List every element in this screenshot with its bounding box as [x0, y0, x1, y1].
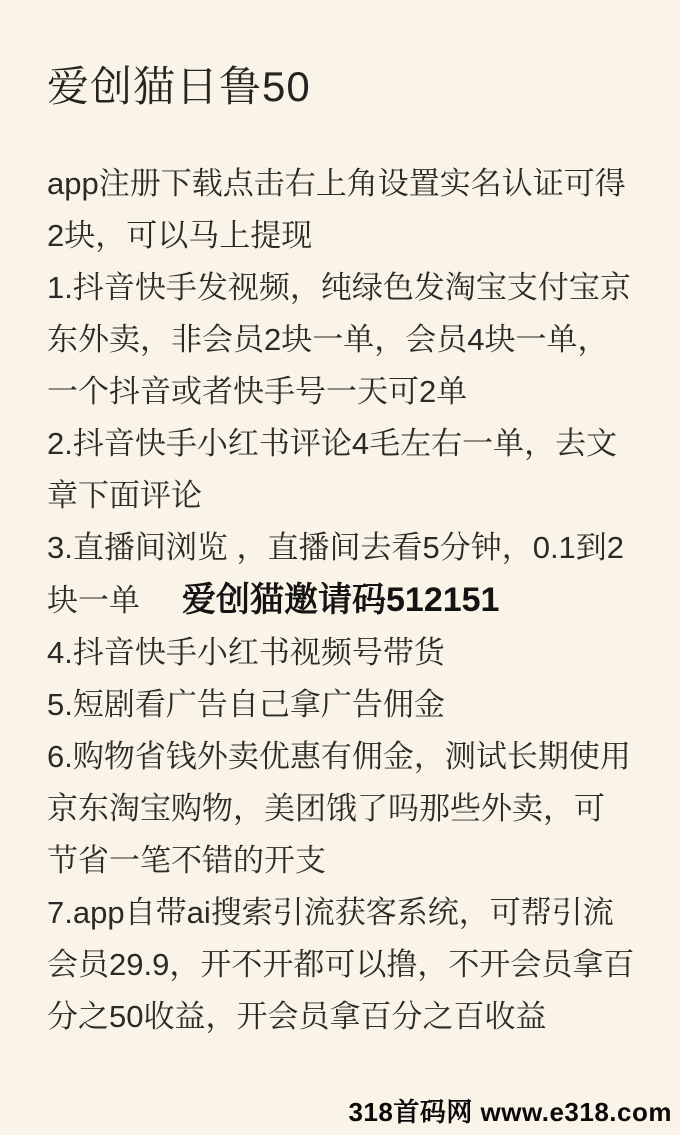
invite-code-highlight: 爱创猫邀请码512151: [182, 574, 499, 626]
document-page: 爱创猫日鲁50 app注册下载点击右上角设置实名认证可得2块，可以马上提现 1.…: [0, 0, 680, 1135]
list-item-6: 6.购物省钱外卖优惠有佣金，测试长期使用京东淘宝购物，美团饿了吗那些外卖，可节省…: [47, 731, 635, 887]
body-text: app注册下载点击右上角设置实名认证可得2块，可以马上提现 1.抖音快手发视频，…: [47, 158, 635, 1043]
list-item-4: 4.抖音快手小红书视频号带货: [47, 627, 635, 679]
list-item-5: 5.短剧看广告自己拿广告佣金: [47, 679, 635, 731]
page-title: 爱创猫日鲁50: [47, 62, 635, 112]
site-watermark: 318首码网 www.e318.com: [348, 1092, 672, 1129]
list-item-7: 7.app自带ai搜索引流获客系统，可帮引流: [47, 887, 635, 939]
list-item-2: 2.抖音快手小红书评论4毛左右一单，去文章下面评论: [47, 418, 635, 522]
membership-note: 会员29.9，开不开都可以撸，不开会员拿百分之50收益，开会员拿百分之百收益: [47, 939, 635, 1043]
paragraph-intro: app注册下载点击右上角设置实名认证可得2块，可以马上提现: [47, 158, 635, 262]
list-item-3: 3.直播间浏览 ，直播间去看5分钟，0.1到2块一单爱创猫邀请码512151: [47, 522, 635, 627]
list-item-1: 1.抖音快手发视频，纯绿色发淘宝支付宝京东外卖，非会员2块一单，会员4块一单，一…: [47, 262, 635, 418]
